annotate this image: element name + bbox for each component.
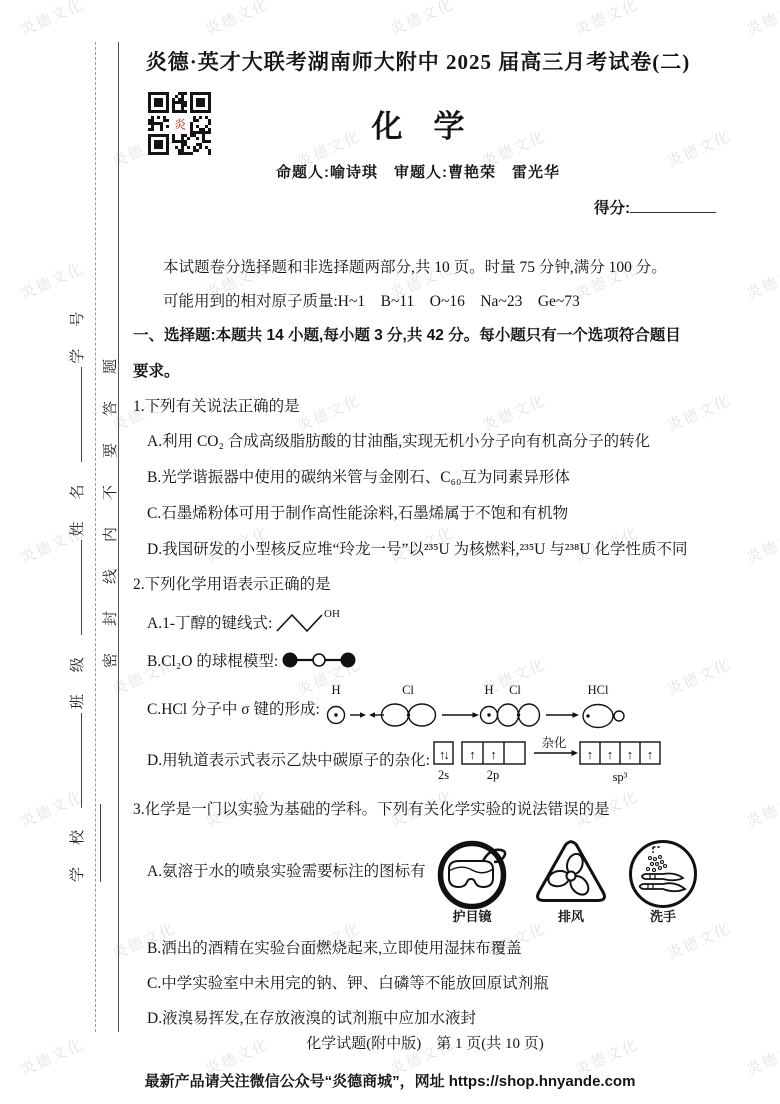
q1-option-d: D.我国研发的小型核反应堆“玲龙一号”以²³⁵U 为核燃料,²³⁵U 与²³⁸U…	[147, 537, 688, 559]
svg-text:Cl: Cl	[402, 683, 414, 697]
field-label-school: 学校	[70, 808, 86, 882]
q2-option-d: D.用轨道表示式表示乙炔中碳原子的杂化: ↑↓ ↑ ↑ ↑ ↑ ↑ ↑	[147, 734, 664, 784]
field-underline	[68, 713, 82, 808]
ball-stick-model-diagram	[280, 647, 358, 673]
q1-option-c: C.石墨烯粉体可用于制作高性能涂料,石墨烯属于不饱和有机物	[147, 501, 568, 523]
q2-option-b-label: B.Cl₂O 的球棍模型:	[147, 649, 278, 671]
svg-text:sp³: sp³	[612, 770, 627, 784]
page-title: 炎德·英才大联考湖南师大附中 2025 届高三月考试卷(二)	[118, 46, 718, 76]
watermark-text: 炎德文化	[743, 521, 780, 568]
svg-text:OH: OH	[324, 608, 340, 620]
svg-text:H: H	[331, 683, 340, 697]
q2-option-c-label: C.HCl 分子中 σ 键的形成:	[147, 697, 320, 719]
footer-page-number: 化学试题(附中版) 第 1 页(共 10 页)	[130, 1032, 720, 1053]
svg-text:Cl: Cl	[509, 683, 521, 697]
watermark-text: 炎德文化	[202, 0, 273, 40]
svg-text:↑: ↑	[627, 747, 634, 762]
section-heading: 一、选择题:本题共 14 小题,每小题 3 分,共 42 分。每小题只有一个选项…	[133, 318, 681, 390]
sigma-bond-formation-diagram: H Cl H Cl HCl	[322, 682, 627, 734]
exhaust-fan-icon-label: 排风	[533, 906, 609, 925]
svg-text:2p: 2p	[487, 768, 500, 782]
q2-option-b: B.Cl₂O 的球棍模型:	[147, 646, 358, 674]
goggles-icon-label: 护目镜	[434, 906, 510, 925]
q1-stem: 1.下列有关说法正确的是	[133, 394, 300, 416]
svg-text:↑: ↑	[647, 747, 654, 762]
svg-text:↑↓: ↑↓	[439, 747, 449, 762]
watermark-text: 炎德文化	[387, 0, 458, 40]
q3-option-c: C.中学实验室中未用完的钠、钾、白磷等不能放回原试剂瓶	[147, 971, 549, 993]
score-blank	[630, 198, 716, 213]
q3-option-d: D.液溴易挥发,在存放液溴的试剂瓶中应加水液封	[147, 1006, 476, 1028]
watermark-text: 炎德文化	[572, 0, 643, 40]
q1-option-b: B.光学谐振器中使用的碳纳米管与金刚石、C₆₀互为同素异形体	[147, 465, 570, 487]
field-underline	[87, 804, 101, 882]
q3-option-a: A.氨溶于水的喷泉实验需要标注的图标有	[147, 859, 426, 881]
svg-text:HCl: HCl	[587, 683, 608, 697]
q2-option-d-label: D.用轨道表示式表示乙炔中碳原子的杂化:	[147, 748, 430, 770]
q1-option-a: A.利用 CO₂ 合成高级脂肪酸的甘油酯,实现无机小分子向有机高分子的转化	[147, 429, 650, 451]
watermark-text: 炎德文化	[743, 0, 780, 40]
score-block: 得分:	[594, 196, 716, 218]
footer-promo-line: 最新产品请关注微信公众号“炎德商城”，网址 https://shop.hnyan…	[0, 1070, 780, 1091]
score-label: 得分:	[594, 200, 630, 217]
field-underline	[68, 540, 82, 635]
wash-hands-icon	[625, 836, 701, 912]
svg-text:杂化: 杂化	[541, 735, 567, 750]
orbital-box-diagram: ↑↓ ↑ ↑ ↑ ↑ ↑ ↑ 2s 2p 杂化 sp³	[432, 734, 664, 784]
svg-text:↑: ↑	[587, 747, 594, 762]
svg-text:↑: ↑	[490, 747, 497, 762]
watermark-text: 炎德文化	[743, 785, 780, 832]
watermark-text: 炎德文化	[664, 389, 735, 436]
svg-text:↑: ↑	[607, 747, 614, 762]
watermark-text: 炎德文化	[664, 653, 735, 700]
intro-paragraph-2: 可能用到的相对原子质量:H~1 B~11 O~16 Na~23 Ge~73	[163, 289, 580, 311]
svg-text:2s: 2s	[438, 768, 449, 782]
watermark-text: 炎德文化	[743, 257, 780, 304]
q3-option-b: B.洒出的酒精在实验台面燃烧起来,立即使用湿抹布覆盖	[147, 936, 522, 958]
exhaust-fan-icon	[533, 836, 609, 912]
subject-title: 化 学	[118, 101, 718, 146]
section-heading-line2: 要求。	[133, 354, 681, 390]
exam-paper-page: 炎德文化炎德文化炎德文化炎德文化炎德文化炎德文化炎德文化炎德文化炎德文化炎德文化…	[0, 0, 780, 1104]
q2-option-c: C.HCl 分子中 σ 键的形成:	[147, 682, 627, 734]
bond-line-formula-diagram: OH	[274, 607, 346, 637]
goggles-icon	[434, 836, 510, 912]
q2-stem: 2.下列化学用语表示正确的是	[133, 572, 331, 594]
q2-option-a-label: A.1-丁醇的键线式:	[147, 611, 272, 633]
field-label-class: 班级	[70, 635, 86, 709]
field-underline	[68, 367, 82, 462]
field-label-number: 学号	[70, 290, 86, 364]
section-heading-line1: 一、选择题:本题共 14 小题,每小题 3 分,共 42 分。每小题只有一个选项…	[133, 318, 681, 354]
svg-text:↑: ↑	[469, 747, 476, 762]
svg-text:H: H	[484, 683, 493, 697]
wash-hands-icon-label: 洗手	[625, 906, 701, 925]
watermark-text: 炎德文化	[17, 0, 88, 40]
setters-line: 命题人:喻诗琪 审题人:曹艳荣 雷光华	[118, 161, 718, 182]
seal-text: 密封线内不要答题	[99, 323, 120, 668]
field-label-name: 姓名	[70, 462, 86, 536]
intro-paragraph-1: 本试题卷分选择题和非选择题两部分,共 10 页。时量 75 分钟,满分 100 …	[163, 255, 667, 277]
q3-stem: 3.化学是一门以实验为基础的学科。下列有关化学实验的说法错误的是	[133, 797, 610, 819]
q2-option-a: A.1-丁醇的键线式: OH	[147, 604, 346, 640]
